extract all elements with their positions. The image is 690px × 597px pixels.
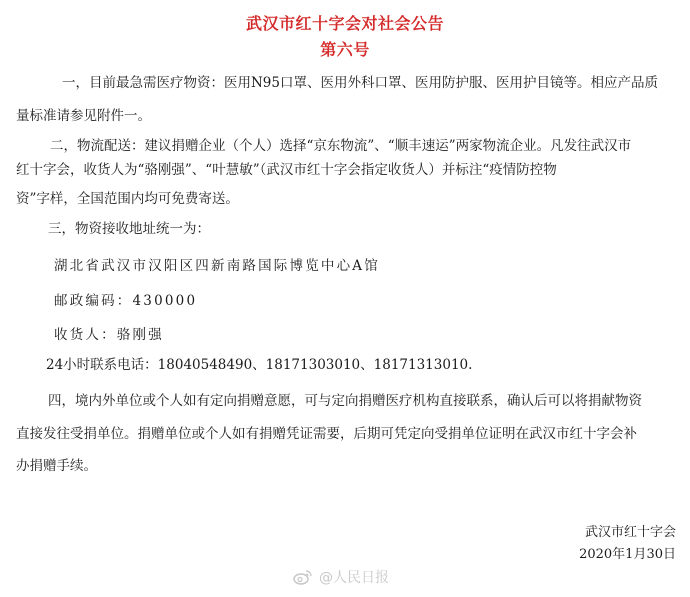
section-2-line-1: 二，物流配送：建议捐赠企业（个人）选择“京东物流”、“顺丰速运”两家物流企业。凡… <box>50 137 631 155</box>
signature-org: 武汉市红十字会 <box>585 521 676 540</box>
watermark-text: @人民日报 <box>319 567 389 587</box>
section-3-heading: 三，物资接收地址统一为： <box>48 220 210 238</box>
section-2-line-3: 资”字样，全国范围内均可免费寄送。 <box>16 190 239 208</box>
receiving-address: 湖北省武汉市汉阳区四新南路国际博览中心A馆 <box>54 257 380 275</box>
section-4-line-2: 直接发往受捐单位。捐赠单位或个人如有捐赠凭证需要，后期可凭定向受捐单位证明在武汉… <box>16 425 637 443</box>
document-number: 第六号 <box>0 37 690 60</box>
receiver-name: 收货人：骆刚强 <box>54 326 164 344</box>
announcement-document: 武汉市红十字会对社会公告 第六号 一，目前最急需医疗物资：医用N95口罩、医用外… <box>0 0 690 597</box>
section-1-line-2: 量标准请参见附件一。 <box>16 107 151 125</box>
section-1-line-1: 一，目前最急需医疗物资：医用N95口罩、医用外科口罩、医用防护服、医用护目镜等。… <box>62 74 658 92</box>
section-2-line-2: 红十字会，收货人为“骆刚强”、“叶慧敏”（武汉市红十字会指定收货人）并标注“疫情… <box>16 161 557 179</box>
section-4-line-1: 四，境内外单位或个人如有定向捐赠意愿，可与定向捐赠医疗机构直接联系，确认后可以将… <box>48 392 642 410</box>
weibo-icon <box>293 569 313 585</box>
postal-code: 邮政编码：430000 <box>54 292 197 310</box>
watermark: @人民日报 <box>293 567 389 587</box>
contact-phones: 24小时联系电话：18040548490、18171303010、1817131… <box>46 356 472 374</box>
section-4-line-3: 办捐赠手续。 <box>16 457 97 475</box>
signature-date: 2020年1月30日 <box>579 543 676 562</box>
document-title: 武汉市红十字会对社会公告 <box>0 11 690 34</box>
